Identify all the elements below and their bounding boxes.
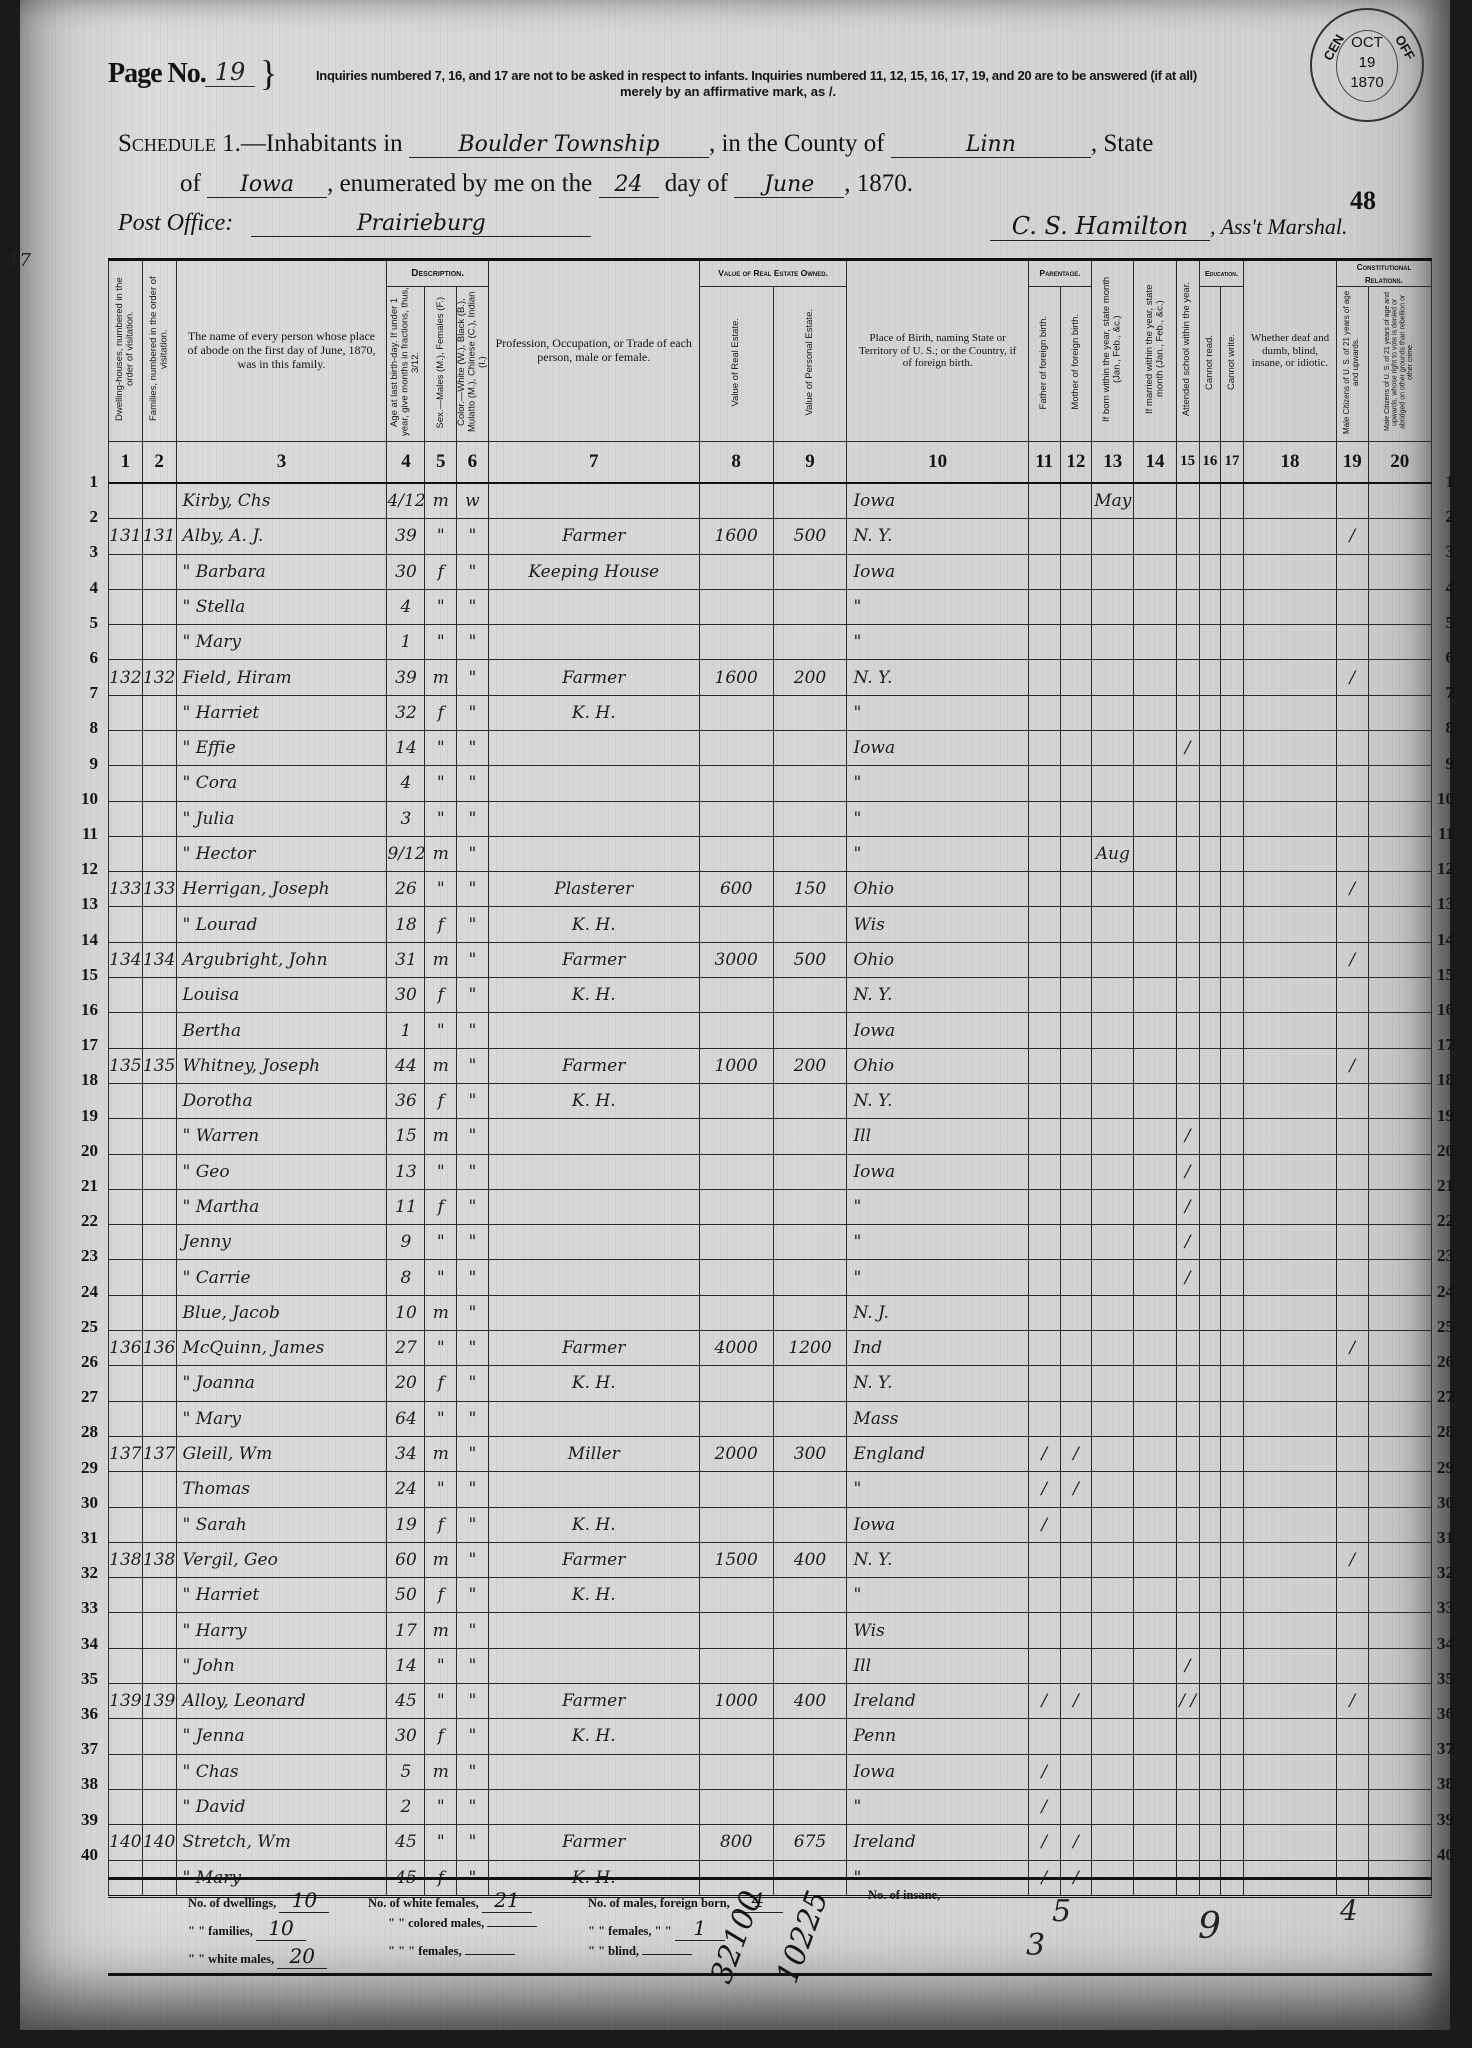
married-month-cell [1134, 1542, 1176, 1577]
sex-cell: m [425, 1436, 457, 1471]
name-cell: Thomas [176, 1472, 387, 1507]
vote-denied-cell [1368, 942, 1431, 977]
vote-denied-cell [1368, 1542, 1431, 1577]
birthplace-cell: Iowa [847, 1507, 1028, 1542]
occupation-cell [488, 483, 699, 519]
dwelling-cell: 132 [109, 660, 143, 695]
line-number: 22 [72, 1211, 98, 1231]
page-summary: No. of dwellings, 10 " " families, 10 " … [108, 1877, 1432, 1976]
married-month-cell [1134, 836, 1176, 871]
cannot-write-cell [1220, 660, 1243, 695]
cannot-read-cell [1199, 872, 1220, 907]
school-cell [1176, 1295, 1199, 1330]
line-number: 24 [1428, 1282, 1454, 1302]
dwelling-cell [109, 554, 143, 589]
total-mother-foreign: 5 [1052, 1894, 1071, 1929]
mother-foreign-cell [1060, 660, 1092, 695]
occupation-cell [488, 1472, 699, 1507]
school-cell [1176, 978, 1199, 1013]
family-cell [142, 589, 176, 624]
sex-cell: f [425, 1507, 457, 1542]
school-cell [1176, 1472, 1199, 1507]
mother-foreign-cell [1060, 695, 1092, 730]
personal-estate-cell [773, 1295, 847, 1330]
header-education-group: Education. [1199, 260, 1243, 287]
line-number: 17 [72, 1035, 98, 1055]
father-foreign-cell [1028, 1613, 1060, 1648]
school-cell [1176, 872, 1199, 907]
cannot-read-cell [1199, 1119, 1220, 1154]
father-foreign-cell [1028, 907, 1060, 942]
name-cell: " David [176, 1789, 387, 1824]
disability-cell [1244, 766, 1337, 801]
vote-denied-cell [1368, 907, 1431, 942]
header-value-group: Value of Real Estate Owned. [699, 260, 847, 287]
vote-denied-cell [1368, 1472, 1431, 1507]
dwelling-cell [109, 731, 143, 766]
age-cell: 50 [387, 1578, 425, 1613]
cannot-write-cell [1220, 1789, 1243, 1824]
birthplace-cell: N. Y. [847, 1366, 1028, 1401]
family-cell: 138 [142, 1542, 176, 1577]
father-foreign-cell [1028, 660, 1060, 695]
line-number: 21 [72, 1176, 98, 1196]
school-cell [1176, 554, 1199, 589]
cannot-read-cell [1199, 1472, 1220, 1507]
line-number: 2 [1428, 507, 1454, 527]
mother-foreign-cell [1060, 519, 1092, 554]
sex-cell: " [425, 1225, 457, 1260]
line-number: 23 [1428, 1246, 1454, 1266]
line-number: 9 [72, 754, 98, 774]
sex-cell: " [425, 1825, 457, 1860]
mother-foreign-cell [1060, 1507, 1092, 1542]
table-row: 139139Alloy, Leonard45""Farmer1000400Ire… [109, 1684, 1432, 1719]
table-row: 135135Whitney, Joseph44m"Farmer1000200Oh… [109, 1048, 1432, 1083]
birthplace-cell: " [847, 766, 1028, 801]
age-cell: 3 [387, 801, 425, 836]
father-foreign-cell [1028, 978, 1060, 1013]
school-cell: / [1176, 1119, 1199, 1154]
color-cell: " [457, 1048, 489, 1083]
table-row: Kirby, Chs4/12mwIowaMay [109, 483, 1432, 519]
disability-cell [1244, 1436, 1337, 1471]
real-estate-cell: 800 [699, 1825, 773, 1860]
occupation-cell [488, 1119, 699, 1154]
cannot-write-cell [1220, 1189, 1243, 1224]
citizen-cell: / [1336, 1048, 1368, 1083]
birthplace-cell: " [847, 801, 1028, 836]
color-cell: " [457, 1260, 489, 1295]
married-month-cell [1134, 872, 1176, 907]
marshal-line: C. S. Hamilton, Ass't Marshal. [990, 212, 1348, 241]
citizen-cell [1336, 907, 1368, 942]
father-foreign-cell [1028, 872, 1060, 907]
line-number: 8 [1428, 718, 1454, 738]
total-school: 9 [1198, 1906, 1221, 1947]
mother-foreign-cell [1060, 483, 1092, 519]
census-table: Dwelling-houses, numbered in the order o… [108, 258, 1432, 1898]
disability-cell [1244, 1472, 1337, 1507]
name-cell: Alby, A. J. [176, 519, 387, 554]
cannot-read-cell [1199, 589, 1220, 624]
born-month-cell [1092, 1789, 1134, 1824]
birthplace-cell: " [847, 1578, 1028, 1613]
school-cell [1176, 695, 1199, 730]
table-row: " Martha11f""/ [109, 1189, 1432, 1224]
father-foreign-cell [1028, 766, 1060, 801]
born-month-cell [1092, 1013, 1134, 1048]
post-office-field: Prairieburg [251, 211, 591, 237]
family-cell [142, 1225, 176, 1260]
born-month-cell [1092, 1260, 1134, 1295]
cannot-write-cell [1220, 836, 1243, 871]
real-estate-cell [699, 801, 773, 836]
family-cell [142, 731, 176, 766]
vote-denied-cell [1368, 1578, 1431, 1613]
sex-cell: " [425, 1684, 457, 1719]
sex-cell: m [425, 1754, 457, 1789]
schedule-line: Schedule 1.—Inhabitants in Boulder Towns… [118, 130, 1153, 158]
father-foreign-cell: / [1028, 1825, 1060, 1860]
birthplace-cell: " [847, 1789, 1028, 1824]
age-cell: 32 [387, 695, 425, 730]
dwelling-cell: 138 [109, 1542, 143, 1577]
cannot-write-cell [1220, 1366, 1243, 1401]
cannot-read-cell [1199, 1754, 1220, 1789]
citizen-cell [1336, 1613, 1368, 1648]
header-family: Families, numbered in the order of visit… [142, 260, 176, 442]
name-cell: " Martha [176, 1189, 387, 1224]
cannot-write-cell [1220, 766, 1243, 801]
blind-count: " " blind, [588, 1944, 692, 1959]
sex-cell: m [425, 836, 457, 871]
real-estate-cell: 4000 [699, 1331, 773, 1366]
line-number: 39 [1428, 1810, 1454, 1830]
line-number: 33 [72, 1598, 98, 1618]
father-foreign-cell [1028, 801, 1060, 836]
name-cell: " Lourad [176, 907, 387, 942]
color-cell: " [457, 554, 489, 589]
cannot-read-cell [1199, 1542, 1220, 1577]
personal-estate-cell [773, 1401, 847, 1436]
line-number: 2 [72, 507, 98, 527]
table-row: " Harry17m"Wis [109, 1613, 1432, 1648]
sex-cell: m [425, 1119, 457, 1154]
cannot-read-cell [1199, 836, 1220, 871]
age-cell: 19 [387, 1507, 425, 1542]
color-cell: " [457, 801, 489, 836]
married-month-cell [1134, 1295, 1176, 1330]
real-estate-cell [699, 1507, 773, 1542]
school-cell [1176, 519, 1199, 554]
father-foreign-cell [1028, 1119, 1060, 1154]
real-estate-cell [699, 1613, 773, 1648]
cannot-read-cell [1199, 1331, 1220, 1366]
sex-cell: f [425, 978, 457, 1013]
vote-denied-cell [1368, 1507, 1431, 1542]
married-month-cell [1134, 1225, 1176, 1260]
family-cell [142, 1013, 176, 1048]
color-cell: " [457, 1648, 489, 1683]
line-number: 11 [1428, 824, 1454, 844]
name-cell: Stretch, Wm [176, 1825, 387, 1860]
father-foreign-cell: / [1028, 1754, 1060, 1789]
cannot-write-cell [1220, 907, 1243, 942]
sex-cell: m [425, 483, 457, 519]
mother-foreign-cell [1060, 1048, 1092, 1083]
personal-estate-cell [773, 1719, 847, 1754]
line-number: 31 [72, 1528, 98, 1548]
occupation-cell [488, 589, 699, 624]
personal-estate-cell [773, 1119, 847, 1154]
real-estate-cell: 1000 [699, 1684, 773, 1719]
disability-cell [1244, 1789, 1337, 1824]
cannot-write-cell [1220, 1578, 1243, 1613]
line-number: 37 [1428, 1739, 1454, 1759]
stamp-date: OCT 19 1870 [1336, 30, 1398, 102]
occupation-cell [488, 1754, 699, 1789]
line-number: 6 [72, 648, 98, 668]
born-month-cell: Aug [1092, 836, 1134, 871]
foreign-females-count: " " females, " " 1 [588, 1916, 725, 1941]
age-cell: 39 [387, 519, 425, 554]
born-month-cell [1092, 1648, 1134, 1683]
table-row: 133133Herrigan, Joseph26""Plasterer60015… [109, 872, 1432, 907]
line-number: 37 [72, 1739, 98, 1759]
name-cell: Dorotha [176, 1083, 387, 1118]
schedule-label: Schedule 1. [118, 130, 241, 157]
name-cell: Kirby, Chs [176, 483, 387, 519]
sex-cell: " [425, 1401, 457, 1436]
table-row: " Mary64""Mass [109, 1401, 1432, 1436]
mother-foreign-cell [1060, 554, 1092, 589]
cannot-read-cell [1199, 1648, 1220, 1683]
sex-cell: " [425, 1260, 457, 1295]
married-month-cell [1134, 1578, 1176, 1613]
day-of-text: day of [665, 170, 728, 197]
born-month-cell [1092, 1578, 1134, 1613]
table-row: " Harriet32f"K. H." [109, 695, 1432, 730]
family-cell [142, 1648, 176, 1683]
color-cell: " [457, 1366, 489, 1401]
real-estate-cell [699, 483, 773, 519]
married-month-cell [1134, 1189, 1176, 1224]
born-month-cell [1092, 1225, 1134, 1260]
disability-cell [1244, 872, 1337, 907]
header-cannot-read: Cannot read. [1199, 287, 1220, 442]
cannot-write-cell [1220, 1719, 1243, 1754]
born-month-cell [1092, 942, 1134, 977]
citizen-cell [1336, 766, 1368, 801]
line-number: 12 [1428, 859, 1454, 879]
cannot-write-cell [1220, 695, 1243, 730]
occupation-cell [488, 625, 699, 660]
disability-cell [1244, 1048, 1337, 1083]
table-row: " Effie14""Iowa/ [109, 731, 1432, 766]
line-number: 17 [1428, 1035, 1454, 1055]
real-estate-cell [699, 1013, 773, 1048]
total-father-foreign: 3 [1026, 1928, 1045, 1963]
citizen-cell: / [1336, 942, 1368, 977]
father-foreign-cell [1028, 731, 1060, 766]
birthplace-cell: Ohio [847, 1048, 1028, 1083]
sex-cell: " [425, 1154, 457, 1189]
cannot-write-cell [1220, 1119, 1243, 1154]
name-cell: Herrigan, Joseph [176, 872, 387, 907]
citizen-cell: / [1336, 519, 1368, 554]
dwelling-cell: 135 [109, 1048, 143, 1083]
line-number: 7 [72, 683, 98, 703]
real-estate-cell [699, 1719, 773, 1754]
married-month-cell [1134, 1719, 1176, 1754]
cannot-read-cell [1199, 1684, 1220, 1719]
real-estate-cell [699, 731, 773, 766]
name-cell: Jenny [176, 1225, 387, 1260]
school-cell [1176, 1048, 1199, 1083]
real-estate-cell: 1600 [699, 660, 773, 695]
married-month-cell [1134, 625, 1176, 660]
dwellings-count: No. of dwellings, 10 [188, 1888, 329, 1913]
name-cell: Blue, Jacob [176, 1295, 387, 1330]
color-cell: " [457, 1472, 489, 1507]
real-estate-cell [699, 1189, 773, 1224]
vote-denied-cell [1368, 836, 1431, 871]
real-estate-cell [699, 1578, 773, 1613]
cannot-read-cell [1199, 731, 1220, 766]
school-cell [1176, 1719, 1199, 1754]
line-number: 21 [1428, 1176, 1454, 1196]
table-row: " Chas5m"Iowa/ [109, 1754, 1432, 1789]
line-number: 5 [1428, 613, 1454, 633]
cannot-write-cell [1220, 1825, 1243, 1860]
married-month-cell [1134, 554, 1176, 589]
born-month-cell [1092, 801, 1134, 836]
occupation-cell: Miller [488, 1436, 699, 1471]
age-cell: 1 [387, 1013, 425, 1048]
line-number: 30 [1428, 1493, 1454, 1513]
occupation-cell [488, 801, 699, 836]
line-number: 16 [72, 1000, 98, 1020]
color-cell: " [457, 1154, 489, 1189]
father-foreign-cell [1028, 1013, 1060, 1048]
father-foreign-cell [1028, 1578, 1060, 1613]
mother-foreign-cell [1060, 1648, 1092, 1683]
line-number: 18 [72, 1070, 98, 1090]
table-row: " John14""Ill/ [109, 1648, 1432, 1683]
personal-estate-cell [773, 1366, 847, 1401]
family-cell: 135 [142, 1048, 176, 1083]
father-foreign-cell: / [1028, 1472, 1060, 1507]
table-row: 131131Alby, A. J.39""Farmer1600500N. Y./ [109, 519, 1432, 554]
table-row: " Stella4""" [109, 589, 1432, 624]
cannot-read-cell [1199, 978, 1220, 1013]
citizen-cell [1336, 836, 1368, 871]
name-cell: Louisa [176, 978, 387, 1013]
born-month-cell [1092, 1613, 1134, 1648]
personal-estate-cell: 1200 [773, 1331, 847, 1366]
family-cell [142, 1754, 176, 1789]
family-cell [142, 801, 176, 836]
school-cell [1176, 1507, 1199, 1542]
real-estate-cell [699, 695, 773, 730]
mother-foreign-cell [1060, 1613, 1092, 1648]
color-cell: " [457, 942, 489, 977]
line-number: 13 [1428, 894, 1454, 914]
citizen-cell [1336, 731, 1368, 766]
birthplace-cell: Wis [847, 1613, 1028, 1648]
sex-cell: f [425, 695, 457, 730]
father-foreign-cell [1028, 1189, 1060, 1224]
vote-denied-cell [1368, 1366, 1431, 1401]
father-foreign-cell [1028, 836, 1060, 871]
real-estate-cell [699, 1260, 773, 1295]
occupation-cell [488, 1225, 699, 1260]
state-text: , State [1091, 130, 1154, 157]
sex-cell: f [425, 1719, 457, 1754]
name-cell: Field, Hiram [176, 660, 387, 695]
cannot-read-cell [1199, 519, 1220, 554]
cannot-write-cell [1220, 1260, 1243, 1295]
line-number: 39 [72, 1810, 98, 1830]
mother-foreign-cell [1060, 1542, 1092, 1577]
dwelling-cell [109, 907, 143, 942]
name-cell: " Stella [176, 589, 387, 624]
dwelling-cell: 139 [109, 1684, 143, 1719]
color-cell: " [457, 1542, 489, 1577]
vote-denied-cell [1368, 483, 1431, 519]
disability-cell [1244, 1119, 1337, 1154]
school-cell [1176, 589, 1199, 624]
name-cell: " Barbara [176, 554, 387, 589]
age-cell: 60 [387, 1542, 425, 1577]
name-cell: " Joanna [176, 1366, 387, 1401]
table-row: " Jenna30f"K. H.Penn [109, 1719, 1432, 1754]
table-row: 132132Field, Hiram39m"Farmer1600200N. Y.… [109, 660, 1432, 695]
father-foreign-cell [1028, 1648, 1060, 1683]
cannot-write-cell [1220, 731, 1243, 766]
real-estate-cell: 2000 [699, 1436, 773, 1471]
family-cell [142, 1189, 176, 1224]
table-row: " Carrie8"""/ [109, 1260, 1432, 1295]
father-foreign-cell: / [1028, 1684, 1060, 1719]
sex-cell: " [425, 1331, 457, 1366]
table-row: 136136McQuinn, James27""Farmer40001200In… [109, 1331, 1432, 1366]
line-number: 23 [72, 1246, 98, 1266]
personal-estate-cell [773, 836, 847, 871]
color-cell: " [457, 519, 489, 554]
mother-foreign-cell: / [1060, 1472, 1092, 1507]
married-month-cell [1134, 1366, 1176, 1401]
birthplace-cell: " [847, 1225, 1028, 1260]
line-number: 29 [1428, 1458, 1454, 1478]
received-date-stamp: CEN OFF OCT 19 1870 [1310, 8, 1424, 122]
occupation-cell [488, 1260, 699, 1295]
sex-cell: " [425, 872, 457, 907]
sex-cell: f [425, 554, 457, 589]
header-citizen: Male Citizens of U. S. of 21 years of ag… [1336, 287, 1368, 442]
of-text: of [180, 170, 201, 197]
line-number: 8 [72, 718, 98, 738]
dwelling-cell: 137 [109, 1436, 143, 1471]
line-number: 15 [72, 965, 98, 985]
mother-foreign-cell [1060, 1366, 1092, 1401]
mother-foreign-cell [1060, 836, 1092, 871]
name-cell: Whitney, Joseph [176, 1048, 387, 1083]
married-month-cell [1134, 483, 1176, 519]
disability-cell [1244, 1331, 1337, 1366]
married-month-cell [1134, 519, 1176, 554]
